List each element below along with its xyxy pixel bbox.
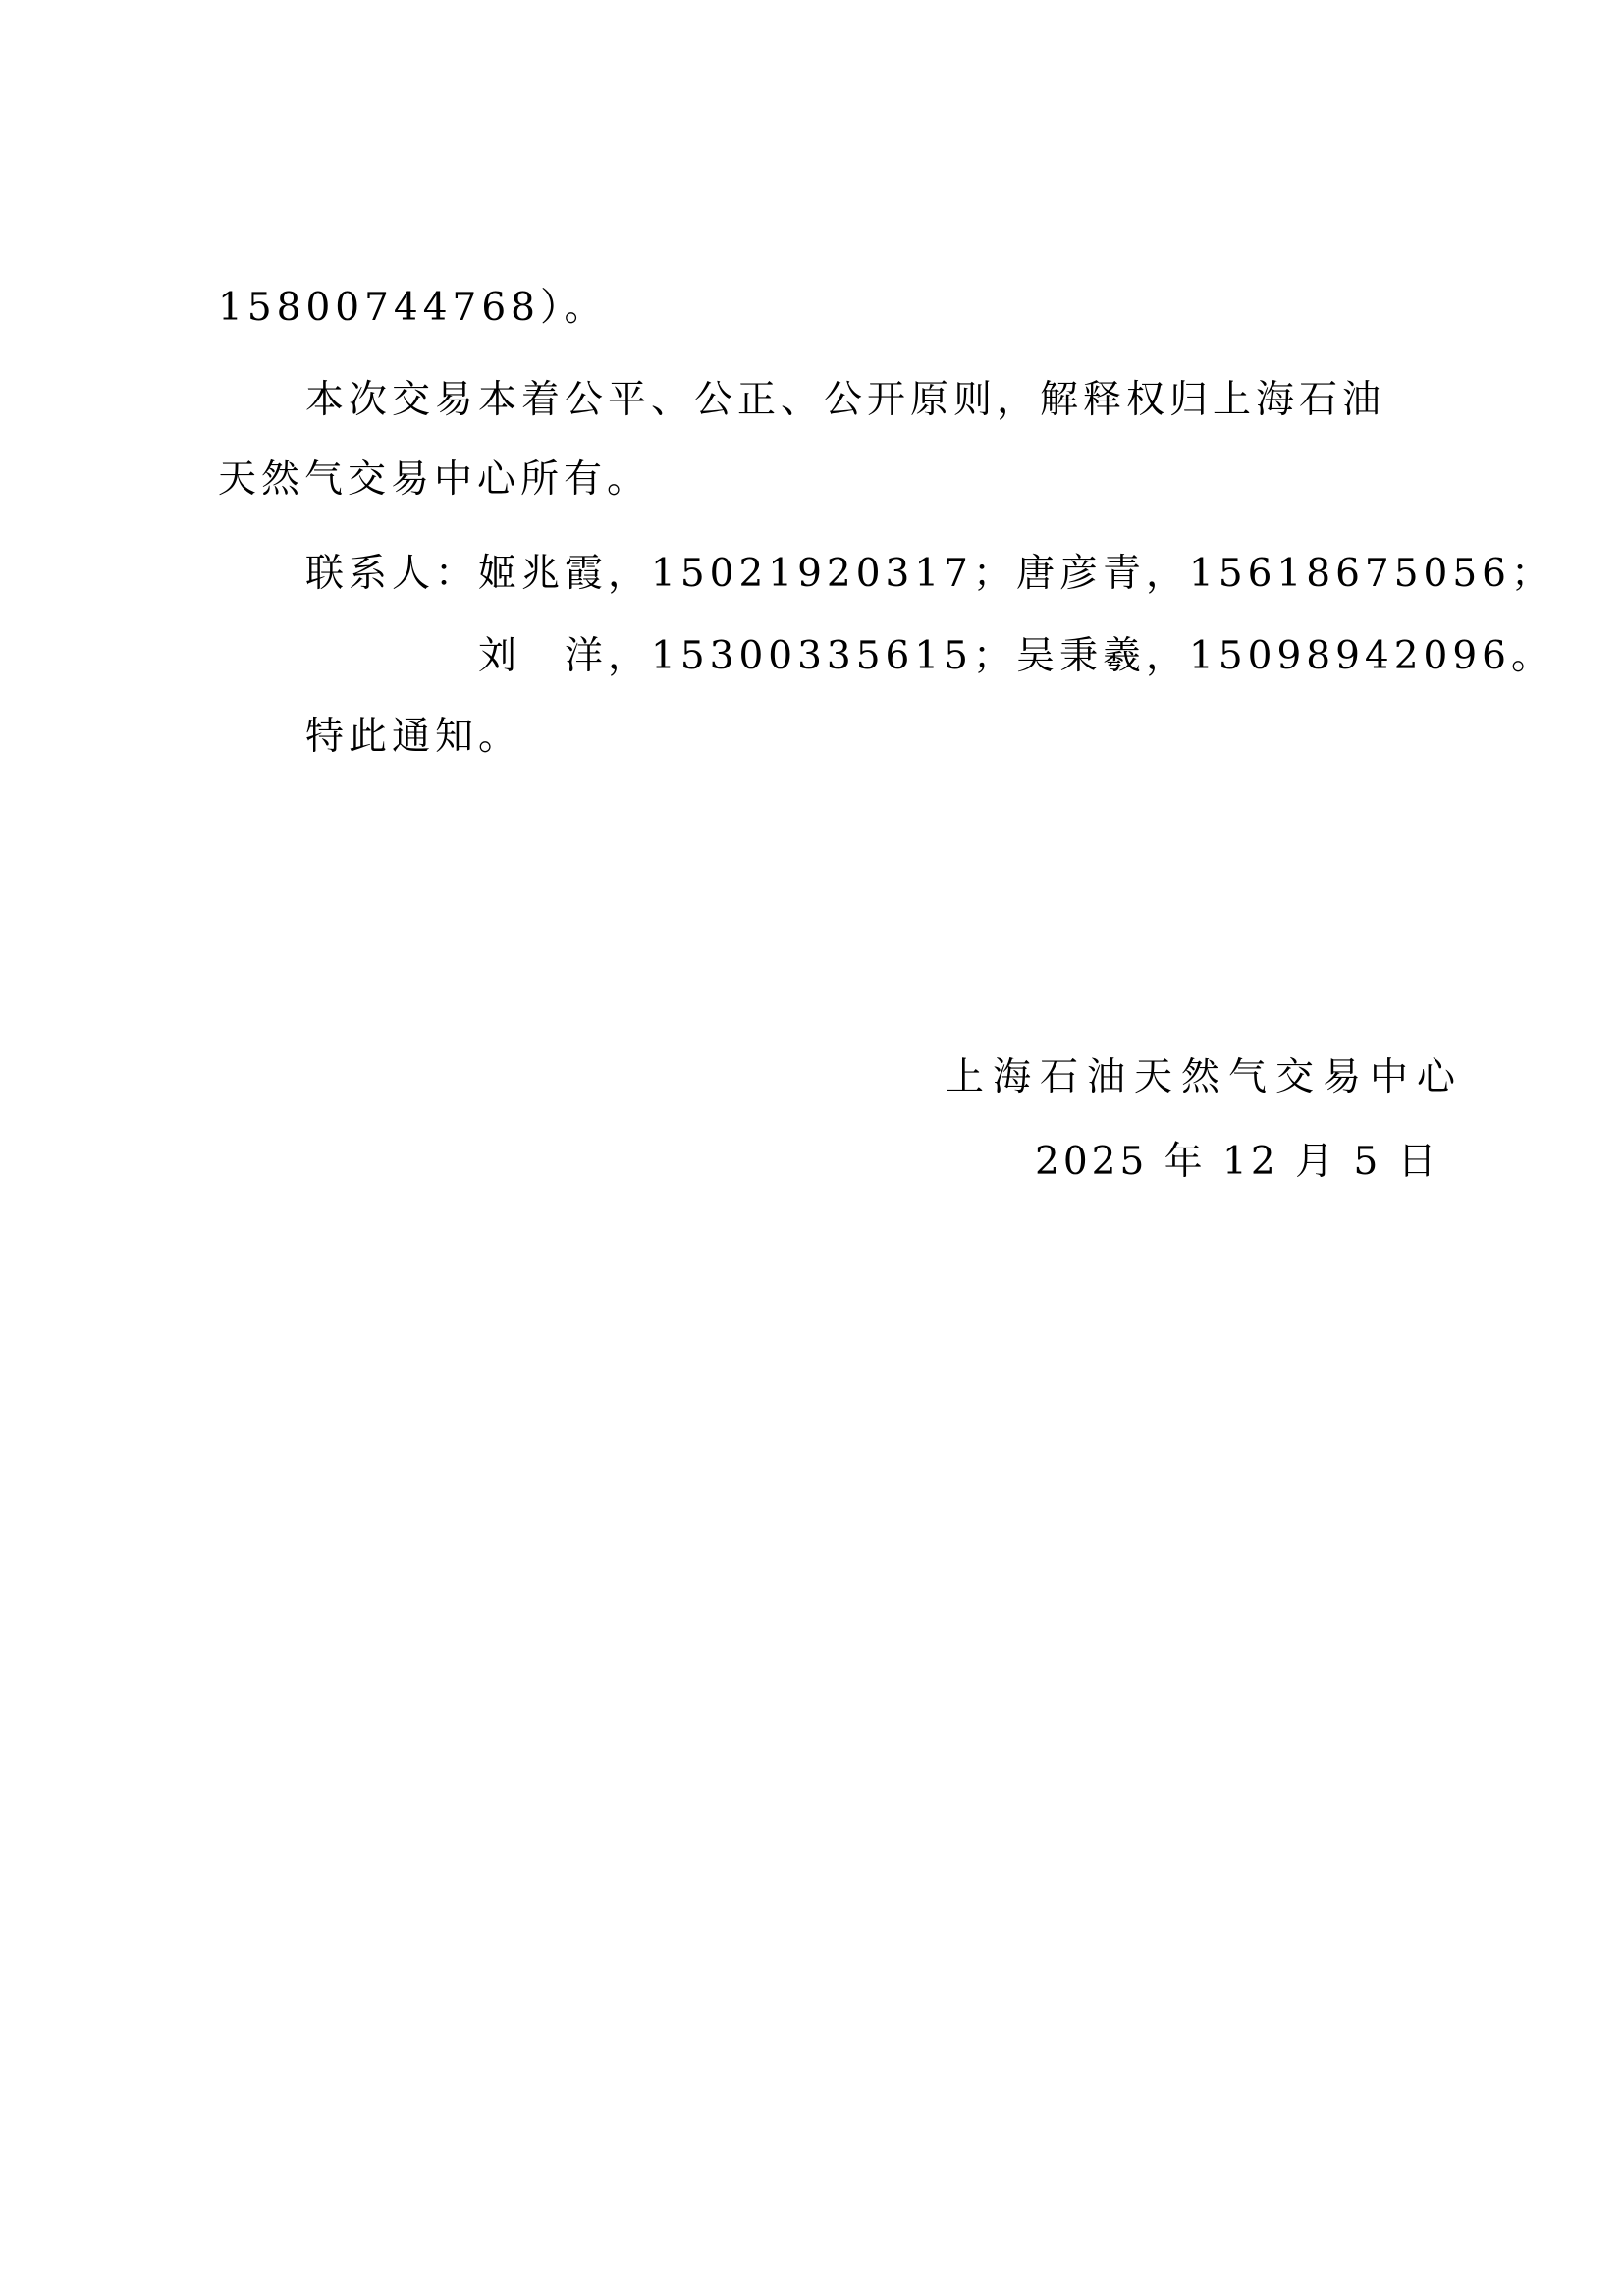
contact-phone: 15300335615	[651, 634, 973, 678]
closing-statement: 特此通知。	[305, 718, 521, 756]
signature-date: 2025 年 12 月 5 日	[1035, 1143, 1440, 1181]
contact-name-part1: 刘	[478, 634, 521, 678]
contact-phone: 15021920317	[651, 552, 973, 596]
contact-phone: 15618675056	[1189, 552, 1511, 596]
separator: ；	[973, 552, 1016, 596]
contact-name: 吴秉羲	[1016, 634, 1146, 678]
contact-phone: 15098942096	[1189, 634, 1511, 678]
paragraph-fairness-line2: 天然气交易中心所有。	[218, 460, 650, 499]
contacts-label: 联系人：	[305, 552, 478, 596]
contacts-line2: 刘洋，15300335615；吴秉羲，15098942096。	[478, 637, 1554, 675]
separator: 。	[1511, 634, 1554, 678]
comma: ，	[1146, 552, 1189, 596]
contact-name-part2: 洋	[565, 634, 608, 678]
paragraph-continuation: 15800744768）。	[218, 289, 607, 327]
comma: ，	[1146, 634, 1189, 678]
contact-name: 唐彦青	[1016, 552, 1146, 596]
signature-organization: 上海石油天然气交易中心	[946, 1058, 1464, 1096]
document-page: 15800744768）。 本次交易本着公平、公正、公开原则，解释权归上海石油 …	[0, 0, 1624, 2296]
comma: ，	[608, 552, 651, 596]
separator: ；	[1511, 552, 1554, 596]
contact-name: 姬兆霞	[478, 552, 608, 596]
paragraph-fairness-line1: 本次交易本着公平、公正、公开原则，解释权归上海石油	[305, 381, 1385, 419]
comma: ，	[608, 634, 651, 678]
separator: ；	[973, 634, 1016, 678]
contacts-line1: 联系人：姬兆霞，15021920317；唐彦青，15618675056；	[305, 555, 1554, 593]
